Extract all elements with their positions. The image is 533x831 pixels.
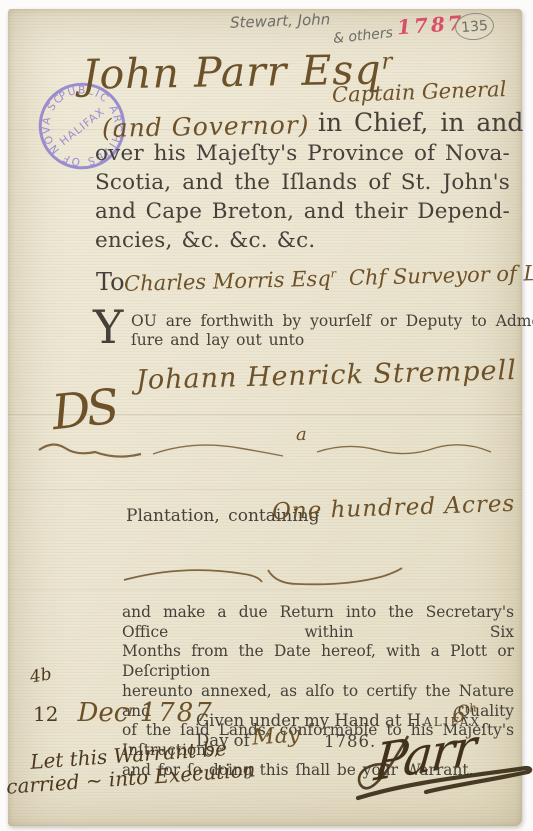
directive-paragraph: OU are forthwith by yourſelf or Deputy t… — [131, 312, 533, 350]
directive-line: ſure and lay out unto — [131, 331, 533, 350]
to-label: To — [96, 268, 125, 296]
day-number-sup: th — [464, 700, 478, 716]
received-month-sup: r — [128, 704, 134, 719]
received-day: 12 — [33, 702, 58, 726]
addressee-title: Chf Surveyor of Land — [349, 260, 533, 290]
signature-john-parr: Parr — [330, 718, 533, 826]
governor-name-sup: r — [381, 49, 393, 75]
ruled-flourish-line — [35, 428, 505, 470]
closing-line: and make a due Return into the Secretary… — [122, 603, 514, 642]
addressee-sup: r — [330, 266, 336, 280]
received-month: Dec — [78, 698, 129, 728]
intro-line: Scotia, and the Iſlands of St. John's — [95, 168, 510, 197]
file-number-label: 135 — [460, 17, 488, 35]
header-and-governor: (and Governor) — [102, 110, 310, 143]
intro-line: encies, &c. &c. &c. — [95, 226, 510, 255]
month-script: May — [251, 722, 301, 750]
flourish-letter-a: a — [296, 424, 307, 445]
flourish-underline — [118, 552, 408, 592]
intro-line: and Cape Breton, and their Depend- — [95, 197, 510, 226]
pencil-annotation-name: Stewart, John — [230, 10, 331, 31]
closing-line: Months from the Date hereof, with a Plot… — [122, 642, 514, 681]
intro-paragraph: over his Majeſty's Province of Nova- Sco… — [95, 139, 510, 255]
directive-line: OU are forthwith by yourſelf or Deputy t… — [131, 312, 533, 331]
intro-line: over his Majeſty's Province of Nova- — [95, 139, 510, 168]
clerk-mark: 4b — [28, 664, 53, 687]
dropcap-Y: Y — [93, 306, 123, 348]
header-in-chief: in Chief, in and — [318, 108, 523, 137]
received-date: 12 Decr 1787 — [33, 698, 214, 728]
